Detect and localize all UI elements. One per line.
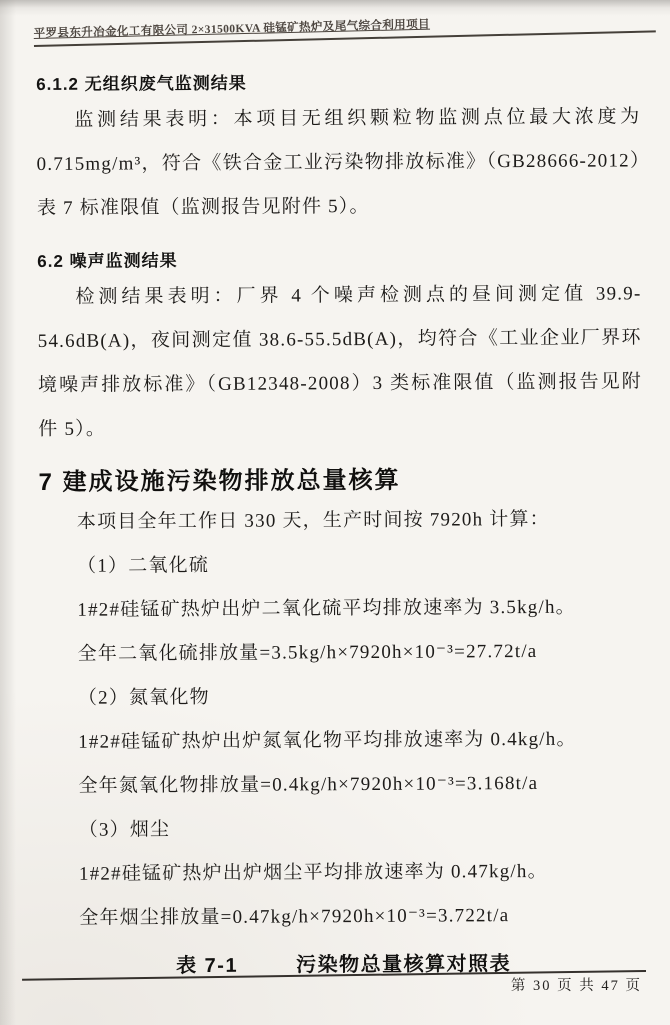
- running-header: 平罗县东升冶金化工有限公司 2×31500KVA 硅锰矿热炉及尾气综合利用项目: [33, 9, 655, 47]
- paragraph-unorganized-gas-results: 监测结果表明：本项目无组织颗粒物监测点位最大浓度为 0.715mg/m³，符合《…: [36, 95, 641, 231]
- document-body: 6.1.2 无组织废气监测结果 监测结果表明：本项目无组织颗粒物监测点位最大浓度…: [36, 54, 646, 979]
- paragraph-noise-results: 检测结果表明：厂界 4 个噪声检测点的昼间测定值 39.9-54.6dB(A)，…: [37, 272, 642, 452]
- page-number: 第 30 页 共 47 页: [511, 974, 642, 995]
- section-heading-6-2: 6.2 噪声监测结果: [37, 243, 641, 272]
- emission-line-dust-rate: 1#2#硅锰矿热炉出炉烟尘平均排放速率为 0.47kg/h。: [41, 849, 645, 897]
- emission-item-nox-title: （2）氮氧化物: [40, 673, 644, 721]
- emission-intro-line: 本项目全年工作日 330 天，生产时间按 7920h 计算：: [39, 497, 643, 545]
- emission-item-dust-title: （3）烟尘: [41, 805, 645, 853]
- emission-line-so2-rate: 1#2#硅锰矿热炉出炉二氧化硫平均排放速率为 3.5kg/h。: [39, 585, 643, 633]
- emission-line-nox-rate: 1#2#硅锰矿热炉出炉氮氧化物平均排放速率为 0.4kg/h。: [40, 717, 644, 765]
- emission-line-nox-annual: 全年氮氧化物排放量=0.4kg/h×7920h×10⁻³=3.168t/a: [40, 761, 644, 809]
- running-header-title: 平罗县东升冶金化工有限公司 2×31500KVA 硅锰矿热炉及尾气综合利用项目: [34, 19, 431, 40]
- emission-line-so2-annual: 全年二氧化硫排放量=3.5kg/h×7920h×10⁻³=27.72t/a: [40, 629, 644, 677]
- emission-line-dust-annual: 全年烟尘排放量=0.47kg/h×7920h×10⁻³=3.722t/a: [41, 893, 645, 941]
- section-heading-6-1-2: 6.1.2 无组织废气监测结果: [36, 66, 640, 95]
- emission-calculation-lines: 本项目全年工作日 330 天，生产时间按 7920h 计算： （1）二氧化硫 1…: [39, 497, 646, 941]
- document-page: 平罗县东升冶金化工有限公司 2×31500KVA 硅锰矿热炉及尾气综合利用项目 …: [0, 0, 670, 1025]
- chapter-heading-7: 7 建成设施污染物排放总量核算: [38, 458, 642, 497]
- table-caption-label: 表 7-1: [176, 949, 238, 978]
- emission-item-so2-title: （1）二氧化硫: [39, 541, 643, 589]
